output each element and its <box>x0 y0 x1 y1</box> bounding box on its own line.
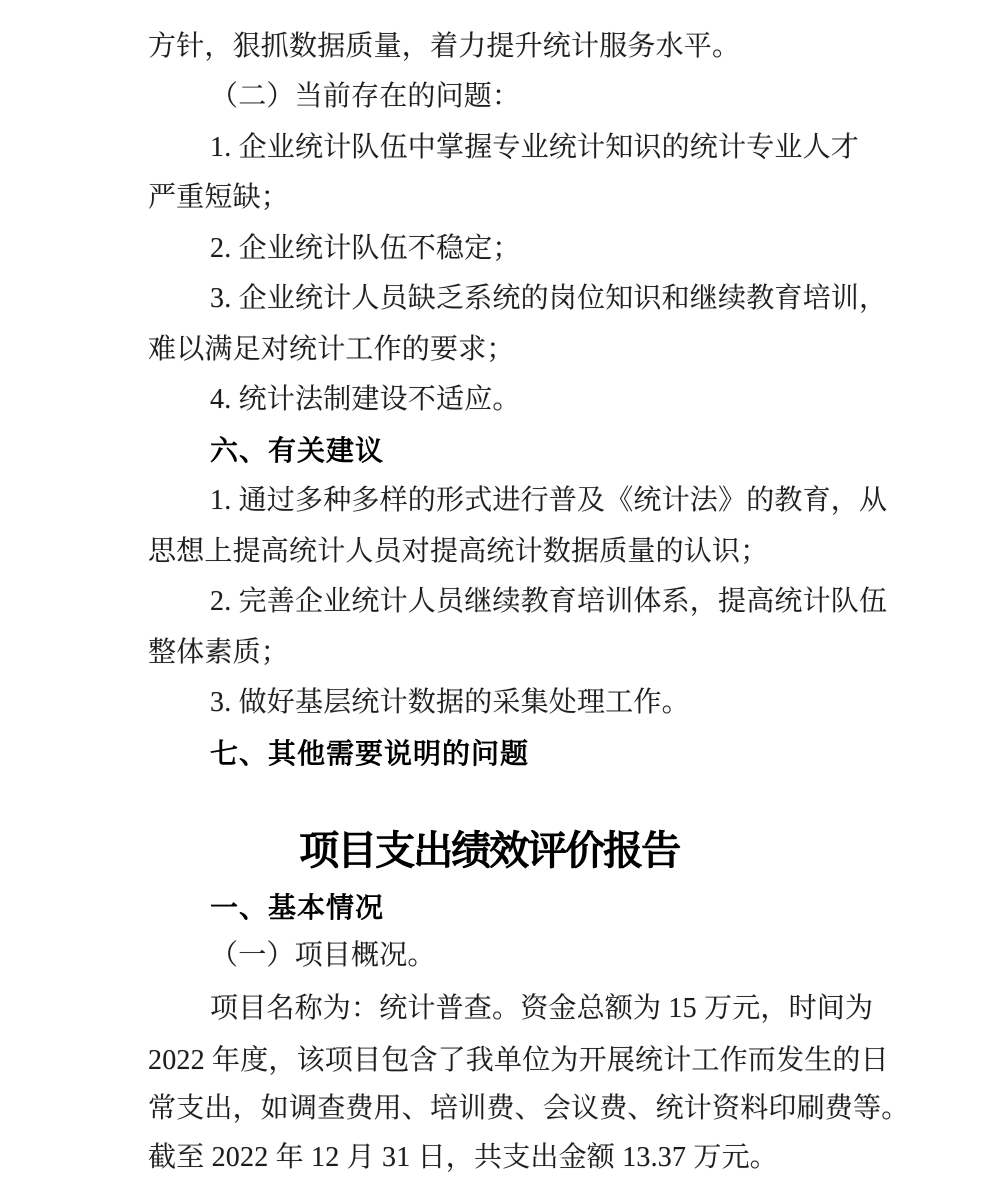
paragraph-line: （一）项目概况。 <box>210 942 436 970</box>
report-title: 项目支出绩效评价报告 <box>299 831 679 871</box>
paragraph-line: 项目名称为：统计普查。资金总额为 15 万元，时间为 <box>210 995 873 1023</box>
paragraph-line: 思想上提高统计人员对提高统计数据质量的认识； <box>148 538 768 566</box>
paragraph-line: 难以满足对统计工作的要求； <box>148 336 515 364</box>
paragraph-line: 方针，狠抓数据质量，着力提升统计服务水平。 <box>148 33 740 61</box>
paragraph-line: 2022 年度，该项目包含了我单位为开展统计工作而发生的日 <box>148 1047 889 1075</box>
section-heading: 一、基本情况 <box>210 894 384 922</box>
paragraph-line: 整体素质； <box>148 639 289 667</box>
list-item-line: 4. 统计法制建设不适应。 <box>210 386 521 414</box>
list-item-line: 3. 做好基层统计数据的采集处理工作。 <box>210 689 690 717</box>
paragraph-line: （二）当前存在的问题： <box>210 83 520 111</box>
document-page: 方针，狠抓数据质量，着力提升统计服务水平。 （二）当前存在的问题： 1. 企业统… <box>0 0 1000 1201</box>
section-heading: 七、其他需要说明的问题 <box>210 740 529 768</box>
list-item-line: 1. 通过多种多样的形式进行普及《统计法》的教育，从 <box>210 487 887 515</box>
list-item-line: 3. 企业统计人员缺乏系统的岗位知识和继续教育培训， <box>210 285 887 313</box>
list-item-line: 2. 企业统计队伍不稳定； <box>210 235 521 263</box>
list-item-line: 2. 完善企业统计人员继续教育培训体系，提高统计队伍 <box>210 588 887 616</box>
paragraph-line: 严重短缺； <box>148 184 289 212</box>
paragraph-line: 截至 2022 年 12 月 31 日，共支出金额 13.37 万元。 <box>148 1144 778 1172</box>
paragraph-line: 常支出，如调查费用、培训费、会议费、统计资料印刷费等。 <box>148 1095 909 1123</box>
section-heading: 六、有关建议 <box>210 437 384 465</box>
list-item-line: 1. 企业统计队伍中掌握专业统计知识的统计专业人才 <box>210 134 859 162</box>
